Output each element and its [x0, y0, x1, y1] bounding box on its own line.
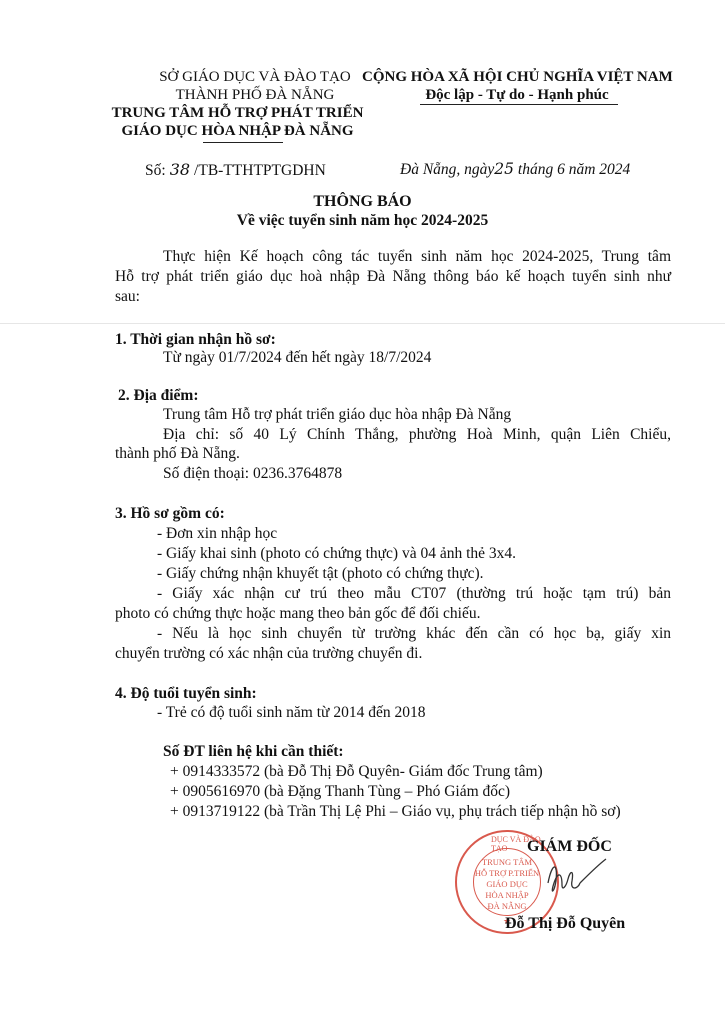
section2-heading: 2. Địa điểm:	[118, 386, 199, 406]
document-title: THÔNG BÁO	[0, 193, 725, 211]
doc-item-2: - Giấy khai sinh (photo có chứng thực) v…	[157, 544, 516, 564]
center-name-line2: GIÁO DỤC HÒA NHẬP ĐÀ NẴNG	[110, 122, 365, 140]
document-number: Số:38/TB-TTHTPTGDHN	[145, 160, 326, 181]
doc-item-5-line1: - Nếu là học sinh chuyển từ trường khác …	[157, 624, 671, 644]
document-code: /TB-TTHTPTGDHN	[194, 162, 326, 179]
place-date-suffix: tháng 6 năm 2024	[514, 161, 630, 178]
doc-item-3: - Giấy chứng nhận khuyết tật (photo có c…	[157, 564, 484, 584]
number-label: Số:	[145, 162, 166, 179]
header-left-underline	[203, 142, 283, 143]
header-right-underline	[420, 104, 618, 105]
section4-heading: 4. Độ tuổi tuyển sinh:	[115, 684, 257, 704]
national-motto: Độc lập - Tự do - Hạnh phúc	[362, 86, 672, 104]
agency-city: THÀNH PHỐ ĐÀ NẴNG	[140, 86, 370, 104]
doc-item-4-line1: - Giấy xác nhận cư trú theo mẫu CT07 (th…	[157, 584, 671, 604]
section2-center: Trung tâm Hỗ trợ phát triển giáo dục hòa…	[163, 405, 511, 425]
handwritten-day: 25	[494, 160, 514, 178]
doc-item-5-line2: chuyển trường có xác nhận của trường chu…	[115, 644, 422, 664]
section1-dates: Từ ngày 01/7/2024 đến hết ngày 18/7/2024	[163, 348, 431, 368]
place-date: Đà Nẵng, ngày25 tháng 6 năm 2024	[400, 160, 630, 180]
section4-age: - Trẻ có độ tuổi sinh năm từ 2014 đến 20…	[157, 703, 425, 723]
intro-line2: Hỗ trợ phát triển giáo dục hoà nhập Đà N…	[115, 267, 671, 287]
center-name-line1: TRUNG TÂM HỖ TRỢ PHÁT TRIỂN	[110, 104, 365, 122]
section2-phone: Số điện thoại: 0236.3764878	[163, 464, 342, 484]
contact-item: + 0905616970 (bà Đặng Thanh Tùng – Phó G…	[170, 782, 510, 802]
scan-artifact-line	[0, 323, 725, 324]
section2-city: thành phố Đà Nẵng.	[115, 444, 240, 464]
contacts-heading: Số ĐT liên hệ khi cần thiết:	[163, 742, 344, 762]
document-subtitle: Về việc tuyển sinh năm học 2024-2025	[0, 212, 725, 230]
doc-item-4-line2: photo có chứng thực hoặc mang theo bản g…	[115, 604, 480, 624]
contact-item: + 0913719122 (bà Trần Thị Lệ Phi – Giáo …	[170, 802, 621, 822]
place-date-prefix: Đà Nẵng, ngày	[400, 161, 494, 178]
intro-line1: Thực hiện Kế hoạch công tác tuyển sinh n…	[163, 247, 671, 267]
contact-item: + 0914333572 (bà Đỗ Thị Đỗ Quyên- Giám đ…	[170, 762, 543, 782]
national-title: CỘNG HÒA XÃ HỘI CHỦ NGHĨA VIỆT NAM	[362, 68, 672, 86]
intro-line3: sau:	[115, 287, 140, 307]
section1-heading: 1. Thời gian nhận hồ sơ:	[115, 330, 276, 350]
doc-item-1: - Đơn xin nhập học	[157, 524, 277, 544]
signature-scribble-icon	[540, 853, 610, 903]
section3-heading: 3. Hồ sơ gồm có:	[115, 504, 225, 524]
signer-name: Đỗ Thị Đỗ Quyên	[505, 915, 625, 933]
handwritten-number: 38	[166, 160, 194, 179]
section2-address: Địa chỉ: số 40 Lý Chính Thắng, phường Ho…	[163, 425, 671, 445]
agency-name: SỞ GIÁO DỤC VÀ ĐÀO TẠO	[140, 68, 370, 86]
